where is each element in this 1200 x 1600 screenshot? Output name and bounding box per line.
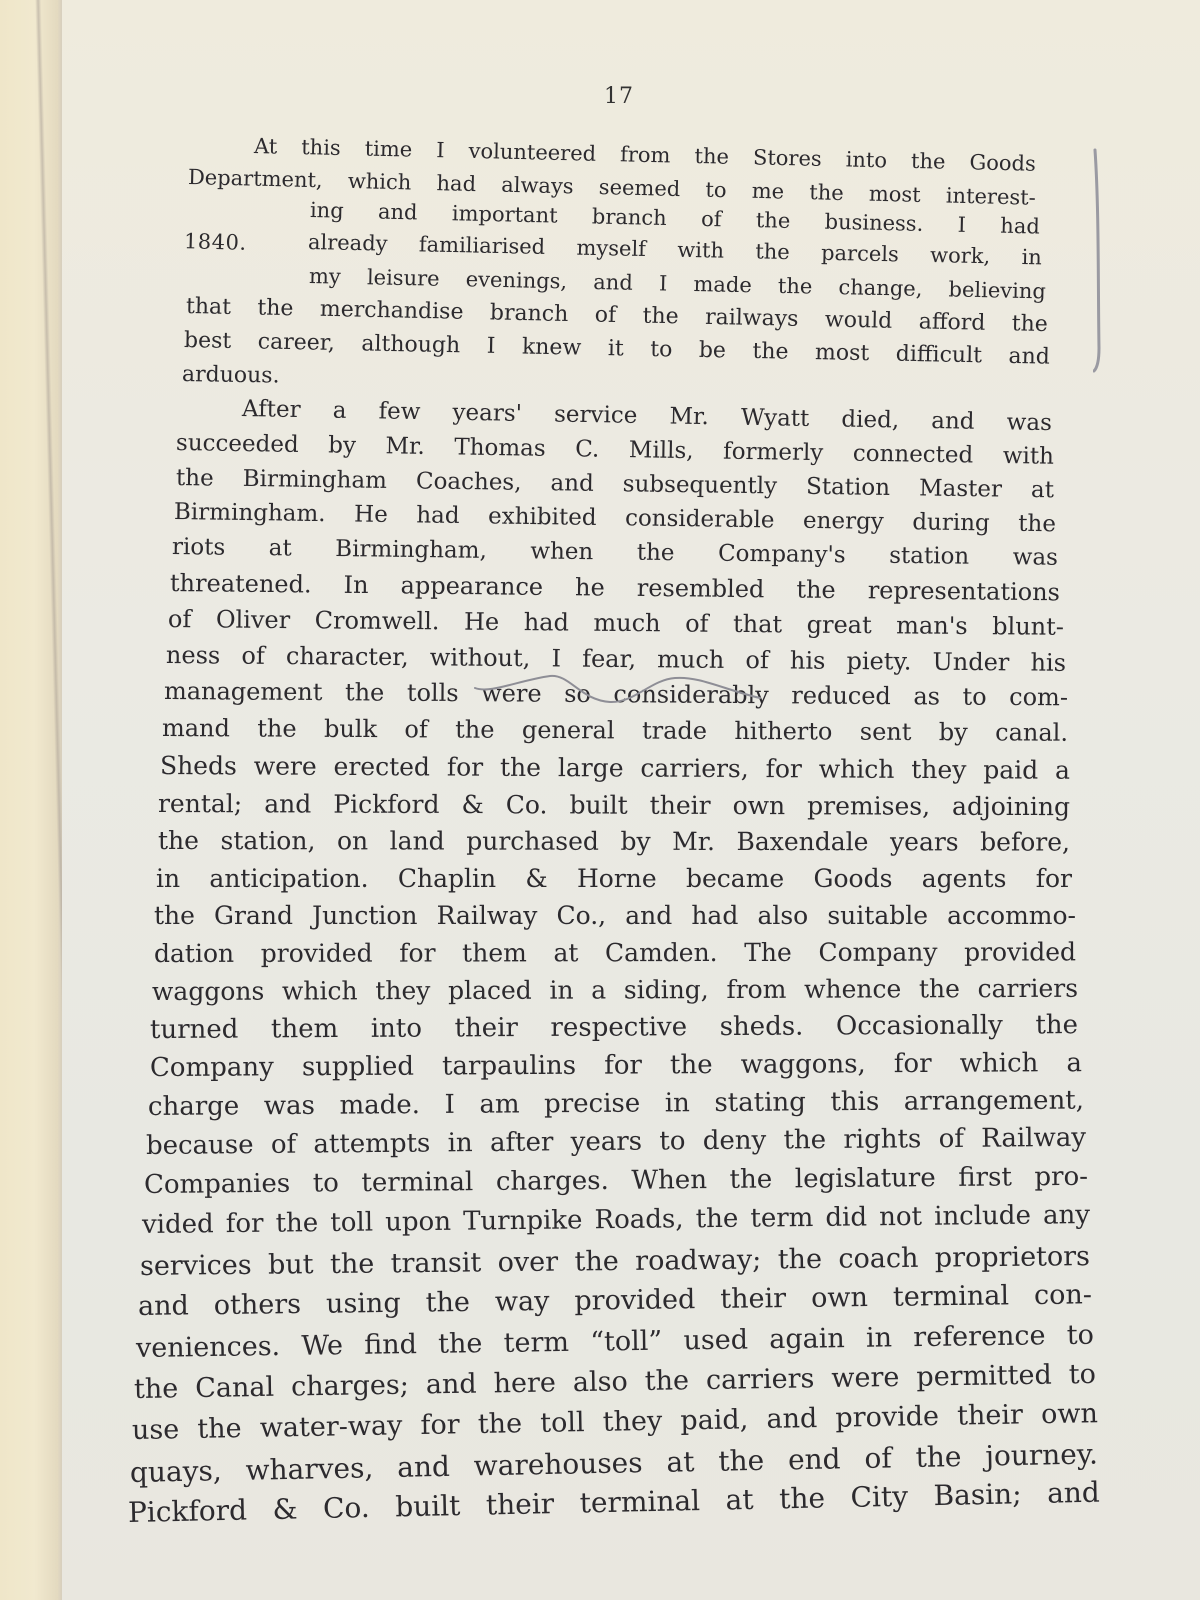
text-line: veniences. We find the term “toll” used … bbox=[136, 1320, 1094, 1364]
text-line: riots at Birmingham, when the Company's … bbox=[172, 534, 1058, 571]
text-line: use the water-way for the toll they paid… bbox=[132, 1398, 1098, 1446]
body-text: At this time I volunteered from the Stor… bbox=[0, 0, 1200, 1600]
text-line: turned them into their respective sheds.… bbox=[150, 1010, 1078, 1045]
text-line: in anticipation. Chaplin & Horne became … bbox=[156, 864, 1072, 893]
text-line: mand the bulk of the general trade hithe… bbox=[162, 714, 1068, 747]
text-line: the station, on land purchased by Mr. Ba… bbox=[158, 826, 1070, 857]
text-line: and others using the way provided their … bbox=[138, 1279, 1092, 1322]
pencil-squiggle-annotation bbox=[470, 650, 790, 710]
text-line: charge was made. I am precise in stating… bbox=[148, 1085, 1084, 1122]
text-line: Companies to terminal charges. When the … bbox=[144, 1162, 1088, 1200]
text-line: rental; and Pickford & Co. built their o… bbox=[158, 789, 1070, 821]
text-line: Company supplied tarpaulins for the wagg… bbox=[150, 1048, 1082, 1083]
text-line: arduous. bbox=[182, 362, 280, 389]
text-line: Birmingham. He had exhibited considerabl… bbox=[174, 499, 1056, 537]
text-line: the Grand Junction Railway Co., and had … bbox=[154, 901, 1076, 930]
text-line: succeeded by Mr. Thomas C. Mills, former… bbox=[176, 430, 1054, 470]
text-line: the Canal charges; and here also the car… bbox=[134, 1359, 1096, 1405]
text-line: my leisure evenings, and I made the chan… bbox=[309, 264, 1046, 303]
text-line: the Birmingham Coaches, and subsequently… bbox=[176, 465, 1054, 503]
text-line: of Oliver Cromwell. He had much of that … bbox=[168, 605, 1064, 641]
text-line: waggons which they placed in a siding, f… bbox=[152, 974, 1078, 1006]
text-line: vided for the toll upon Turnpike Roads, … bbox=[142, 1200, 1090, 1240]
text-line: services but the transit over the roadwa… bbox=[140, 1241, 1090, 1282]
text-line: dation provided for them at Camden. The … bbox=[154, 937, 1076, 968]
text-line: threatened. In appearance he resembled t… bbox=[170, 569, 1060, 606]
text-line: Sheds were erected for the large carrier… bbox=[160, 751, 1070, 785]
pencil-bracket-annotation bbox=[1093, 148, 1107, 373]
text-line: because of attempts in after years to de… bbox=[146, 1123, 1086, 1161]
text-line: After a few years' service Mr. Wyatt die… bbox=[242, 396, 1052, 436]
